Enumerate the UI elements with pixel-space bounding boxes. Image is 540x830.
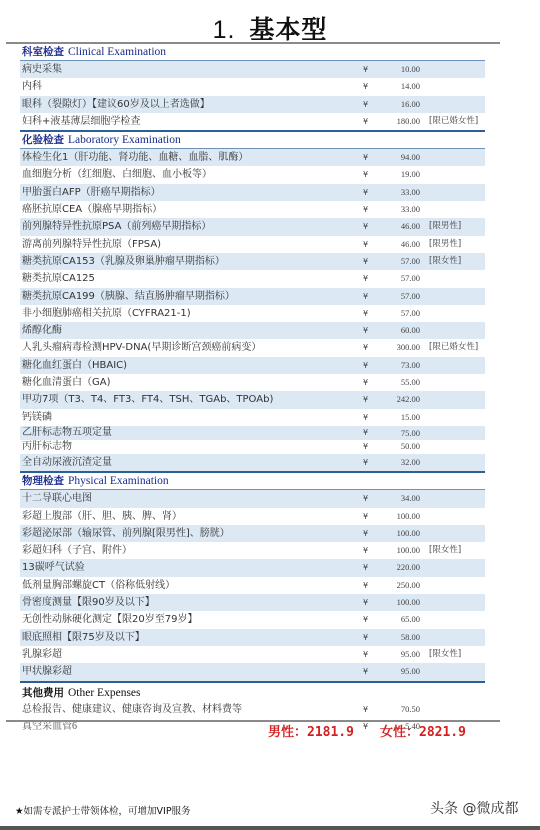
item-price: 50.00 xyxy=(385,440,420,454)
item-note xyxy=(420,61,485,78)
section-divider xyxy=(20,681,485,683)
title-text: 基本型 xyxy=(249,15,327,44)
section-title-en: Clinical Examination xyxy=(68,46,166,58)
table-row: 无创性动脉硬化测定【限20岁至79岁】¥65.00 xyxy=(20,611,485,628)
item-name: 眼底照相【限75岁及以下】 xyxy=(20,629,363,646)
item-price: 75.00 xyxy=(385,426,420,441)
currency-symbol: ¥ xyxy=(363,646,385,663)
table-row: 丙肝标志物¥50.00 xyxy=(20,440,485,454)
price-table: 科室检查Clinical Examination 病史采集¥10.00 内科¥1… xyxy=(20,44,485,735)
item-price: 250.00 xyxy=(385,577,420,594)
table-row: 病史采集¥10.00 xyxy=(20,61,485,78)
item-note xyxy=(420,629,485,646)
item-note xyxy=(420,440,485,454)
item-price: 58.00 xyxy=(385,629,420,646)
item-name: 13碳呼气试验 xyxy=(20,559,363,576)
item-price: 180.00 xyxy=(385,113,420,130)
currency-symbol: ¥ xyxy=(363,374,385,391)
table-row: 糖化血红蛋白（HBAIC)¥73.00 xyxy=(20,357,485,374)
currency-symbol: ¥ xyxy=(363,270,385,287)
item-note xyxy=(420,357,485,374)
item-name: 游离前列腺特异性抗原（FPSA) xyxy=(20,236,363,253)
item-price: 73.00 xyxy=(385,357,420,374)
currency-symbol: ¥ xyxy=(363,508,385,525)
item-name: 彩超上腹部（肝、胆、胰、脾、肾） xyxy=(20,508,363,525)
currency-symbol: ¥ xyxy=(363,440,385,454)
table-row: 游离前列腺特异性抗原（FPSA)¥46.00[限男性] xyxy=(20,236,485,253)
item-name: 糖类抗原CA199（胰腺、结直肠肿瘤早期指标） xyxy=(20,288,363,305)
item-note xyxy=(420,149,485,166)
currency-symbol: ¥ xyxy=(363,663,385,680)
item-note xyxy=(420,322,485,339)
item-name: 甲状腺彩超 xyxy=(20,663,363,680)
item-name: 眼科（裂隙灯）【建议60岁及以上者选做】 xyxy=(20,96,363,113)
item-name: 癌胚抗原CEA（腺癌早期指标） xyxy=(20,201,363,218)
item-price: 100.00 xyxy=(385,542,420,559)
currency-symbol: ¥ xyxy=(363,184,385,201)
item-note xyxy=(420,611,485,628)
table-row: 非小细胞肺癌相关抗原（CYFRA21-1)¥57.00 xyxy=(20,305,485,322)
table-row: 人乳头瘤病毒检测HPV-DNA(早期诊断宫颈癌前病变）¥300.00[限已婚女性… xyxy=(20,339,485,356)
section-title-en: Laboratory Examination xyxy=(68,134,181,146)
currency-symbol: ¥ xyxy=(363,629,385,646)
item-note xyxy=(420,559,485,576)
currency-symbol: ¥ xyxy=(363,426,385,441)
item-name: 糖化血清蛋白（GA) xyxy=(20,374,363,391)
currency-symbol: ¥ xyxy=(363,236,385,253)
section-title-zh: 化验检查 xyxy=(22,134,64,146)
item-name: 无创性动脉硬化测定【限20岁至79岁】 xyxy=(20,611,363,628)
item-price: 100.00 xyxy=(385,594,420,611)
table-row: 甲状腺彩超¥95.00 xyxy=(20,663,485,680)
item-price: 15.00 xyxy=(385,409,420,426)
item-note: [限女性] xyxy=(420,646,485,663)
currency-symbol: ¥ xyxy=(363,577,385,594)
table-row: 妇科+液基薄层细胞学检查¥180.00[限已婚女性] xyxy=(20,113,485,130)
item-note: [限已婚女性] xyxy=(420,113,485,130)
item-name: 人乳头瘤病毒检测HPV-DNA(早期诊断宫颈癌前病变） xyxy=(20,339,363,356)
item-note xyxy=(420,166,485,183)
item-note: [限男性] xyxy=(420,236,485,253)
table-row: 总检报告、健康建议、健康咨询及宣教、材料费等¥70.50 xyxy=(20,701,485,718)
item-name: 总检报告、健康建议、健康咨询及宣教、材料费等 xyxy=(20,701,363,718)
bottom-edge xyxy=(0,826,540,830)
item-name: 骨密度测量【限90岁及以下】 xyxy=(20,594,363,611)
title-number: 1. xyxy=(213,16,236,44)
item-name: 乙肝标志物五项定量 xyxy=(20,426,363,441)
table-row: 内科¥14.00 xyxy=(20,78,485,95)
item-price: 94.00 xyxy=(385,149,420,166)
item-name: 内科 xyxy=(20,78,363,95)
section-title-en: Physical Examination xyxy=(68,475,169,487)
item-price: 10.00 xyxy=(385,61,420,78)
item-note: [限已婚女性] xyxy=(420,339,485,356)
item-price: 65.00 xyxy=(385,611,420,628)
item-name: 低剂量胸部螺旋CT（俗称低射线） xyxy=(20,577,363,594)
item-price: 33.00 xyxy=(385,201,420,218)
item-note xyxy=(420,454,485,471)
table-row: 眼底照相【限75岁及以下】¥58.00 xyxy=(20,629,485,646)
item-name: 彩超泌尿部（输尿管、前列腺[限男性]、膀胱） xyxy=(20,525,363,542)
table-row: 糖类抗原CA125¥57.00 xyxy=(20,270,485,287)
item-note xyxy=(420,374,485,391)
currency-symbol: ¥ xyxy=(363,201,385,218)
item-note xyxy=(420,409,485,426)
item-note xyxy=(420,288,485,305)
item-name: 体检生化1（肝功能、肾功能、血糖、血脂、肌酶） xyxy=(20,149,363,166)
currency-symbol: ¥ xyxy=(363,149,385,166)
item-note: [限女性] xyxy=(420,542,485,559)
item-note xyxy=(420,184,485,201)
item-name: 甲功7项（T3、T4、FT3、FT4、TSH、TGAb、TPOAb) xyxy=(20,391,363,408)
item-price: 95.00 xyxy=(385,663,420,680)
currency-symbol: ¥ xyxy=(363,322,385,339)
table-row: 骨密度测量【限90岁及以下】¥100.00 xyxy=(20,594,485,611)
item-price: 46.00 xyxy=(385,236,420,253)
item-price: 34.00 xyxy=(385,490,420,507)
item-price: 19.00 xyxy=(385,166,420,183)
currency-symbol: ¥ xyxy=(363,339,385,356)
table-row: 眼科（裂隙灯）【建议60岁及以上者选做】¥16.00 xyxy=(20,96,485,113)
table-row: 糖类抗原CA153（乳腺及卵巢肿瘤早期指标）¥57.00[限女性] xyxy=(20,253,485,270)
currency-symbol: ¥ xyxy=(363,611,385,628)
item-note xyxy=(420,508,485,525)
item-price: 16.00 xyxy=(385,96,420,113)
currency-symbol: ¥ xyxy=(363,559,385,576)
item-note xyxy=(420,577,485,594)
item-name: 丙肝标志物 xyxy=(20,440,363,454)
table-row: 甲功7项（T3、T4、FT3、FT4、TSH、TGAb、TPOAb)¥242.0… xyxy=(20,391,485,408)
item-note xyxy=(420,305,485,322)
section-title-en: Other Expenses xyxy=(68,687,141,699)
table-row: 乳腺彩超¥95.00[限女性] xyxy=(20,646,485,663)
item-price: 60.00 xyxy=(385,322,420,339)
item-price: 57.00 xyxy=(385,305,420,322)
item-price: 100.00 xyxy=(385,525,420,542)
item-name: 糖类抗原CA153（乳腺及卵巢肿瘤早期指标） xyxy=(20,253,363,270)
currency-symbol: ¥ xyxy=(363,253,385,270)
currency-symbol: ¥ xyxy=(363,357,385,374)
item-note xyxy=(420,525,485,542)
item-name: 前列腺特异性抗原PSA（前列癌早期指标） xyxy=(20,218,363,235)
item-name: 钙镁磷 xyxy=(20,409,363,426)
item-note xyxy=(420,96,485,113)
item-price: 220.00 xyxy=(385,559,420,576)
section-title-zh: 物理检查 xyxy=(22,475,64,487)
section-header-laboratory: 化验检查Laboratory Examination xyxy=(20,132,485,149)
section-header-clinical: 科室检查Clinical Examination xyxy=(20,44,485,61)
table-row: 糖类抗原CA199（胰腺、结直肠肿瘤早期指标）¥57.00 xyxy=(20,288,485,305)
item-note xyxy=(420,426,485,441)
item-name: 全自动尿液沉渣定量 xyxy=(20,454,363,471)
currency-symbol: ¥ xyxy=(363,218,385,235)
female-total: 女性：2821.9 xyxy=(380,721,466,740)
currency-symbol: ¥ xyxy=(363,288,385,305)
table-row: 血细胞分析（红细胞、白细胞、血小板等）¥19.00 xyxy=(20,166,485,183)
currency-symbol: ¥ xyxy=(363,542,385,559)
section-title-zh: 科室检查 xyxy=(22,46,64,58)
item-note xyxy=(420,201,485,218)
item-price: 57.00 xyxy=(385,270,420,287)
table-row: 甲胎蛋白AFP（肝癌早期指标）¥33.00 xyxy=(20,184,485,201)
currency-symbol: ¥ xyxy=(363,61,385,78)
section-header-physical: 物理检查Physical Examination xyxy=(20,473,485,490)
currency-symbol: ¥ xyxy=(363,96,385,113)
item-price: 14.00 xyxy=(385,78,420,95)
currency-symbol: ¥ xyxy=(363,409,385,426)
currency-symbol: ¥ xyxy=(363,701,385,718)
table-row: 癌胚抗原CEA（腺癌早期指标）¥33.00 xyxy=(20,201,485,218)
male-total: 男性：2181.9 xyxy=(268,721,354,740)
item-note xyxy=(420,663,485,680)
table-row: 低剂量胸部螺旋CT（俗称低射线）¥250.00 xyxy=(20,577,485,594)
currency-symbol: ¥ xyxy=(363,391,385,408)
table-row: 前列腺特异性抗原PSA（前列癌早期指标）¥46.00[限男性] xyxy=(20,218,485,235)
item-price: 46.00 xyxy=(385,218,420,235)
currency-symbol: ¥ xyxy=(363,594,385,611)
item-name: 病史采集 xyxy=(20,61,363,78)
table-row: 彩超上腹部（肝、胆、胰、脾、肾）¥100.00 xyxy=(20,508,485,525)
item-price: 33.00 xyxy=(385,184,420,201)
item-name: 血细胞分析（红细胞、白细胞、血小板等） xyxy=(20,166,363,183)
page-title: 1.基本型 xyxy=(0,10,540,46)
item-note xyxy=(420,270,485,287)
item-note: [限男性] xyxy=(420,218,485,235)
item-name: 乳腺彩超 xyxy=(20,646,363,663)
table-row: 全自动尿液沉渣定量¥32.00 xyxy=(20,454,485,471)
item-price: 95.00 xyxy=(385,646,420,663)
item-note: [限女性] xyxy=(420,253,485,270)
table-row: 体检生化1（肝功能、肾功能、血糖、血脂、肌酶）¥94.00 xyxy=(20,149,485,166)
currency-symbol: ¥ xyxy=(363,525,385,542)
table-row: 烯醇化酶¥60.00 xyxy=(20,322,485,339)
currency-symbol: ¥ xyxy=(363,166,385,183)
item-note xyxy=(420,701,485,718)
section-header-other: 其他费用Other Expenses xyxy=(20,685,485,701)
item-note xyxy=(420,78,485,95)
item-price: 242.00 xyxy=(385,391,420,408)
item-price: 32.00 xyxy=(385,454,420,471)
currency-symbol: ¥ xyxy=(363,113,385,130)
item-price: 70.50 xyxy=(385,701,420,718)
table-row: 13碳呼气试验¥220.00 xyxy=(20,559,485,576)
item-price: 57.00 xyxy=(385,253,420,270)
watermark: 头条 @微成都 xyxy=(430,798,518,818)
currency-symbol: ¥ xyxy=(363,454,385,471)
item-name: 糖类抗原CA125 xyxy=(20,270,363,287)
table-row: 乙肝标志物五项定量¥75.00 xyxy=(20,426,485,441)
table-row: 彩超泌尿部（输尿管、前列腺[限男性]、膀胱）¥100.00 xyxy=(20,525,485,542)
item-name: 十二导联心电图 xyxy=(20,490,363,507)
table-row: 钙镁磷¥15.00 xyxy=(20,409,485,426)
section-title-zh: 其他费用 xyxy=(22,687,64,699)
item-name: 妇科+液基薄层细胞学检查 xyxy=(20,113,363,130)
item-price: 300.00 xyxy=(385,339,420,356)
item-name: 烯醇化酶 xyxy=(20,322,363,339)
item-name: 糖化血红蛋白（HBAIC) xyxy=(20,357,363,374)
item-name: 非小细胞肺癌相关抗原（CYFRA21-1) xyxy=(20,305,363,322)
vip-footnote: ★如需专派护士带领体检，可增加VIP服务 xyxy=(15,803,191,817)
item-note xyxy=(420,391,485,408)
totals: 男性：2181.9 女性：2821.9 xyxy=(0,721,540,739)
currency-symbol: ¥ xyxy=(363,78,385,95)
item-price: 57.00 xyxy=(385,288,420,305)
currency-symbol: ¥ xyxy=(363,490,385,507)
table-row: 彩超妇科（子宫、附件）¥100.00[限女性] xyxy=(20,542,485,559)
item-price: 55.00 xyxy=(385,374,420,391)
item-note xyxy=(420,594,485,611)
item-name: 甲胎蛋白AFP（肝癌早期指标） xyxy=(20,184,363,201)
item-note xyxy=(420,490,485,507)
table-row: 十二导联心电图¥34.00 xyxy=(20,490,485,507)
table-row: 糖化血清蛋白（GA)¥55.00 xyxy=(20,374,485,391)
currency-symbol: ¥ xyxy=(363,305,385,322)
item-name: 彩超妇科（子宫、附件） xyxy=(20,542,363,559)
item-price: 100.00 xyxy=(385,508,420,525)
